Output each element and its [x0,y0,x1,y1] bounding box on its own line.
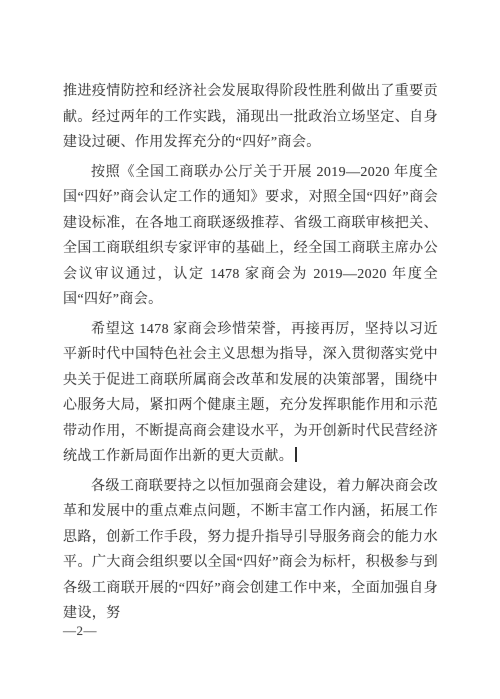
paragraph-text: 推进疫情防控和经济社会发展取得阶段性胜利做出了重要贡献。经过两年的工作实践，涌现… [63,84,438,150]
paragraph[interactable]: 推进疫情防控和经济社会发展取得阶段性胜利做出了重要贡献。经过两年的工作实践，涌现… [63,79,438,156]
document-page: { "document": { "paragraphs": [ { "text"… [0,0,500,699]
paragraph-text: 希望这 1478 家商会珍惜荣誉，再接再厉，坚持以习近平新时代中国特色社会主义思… [63,322,438,465]
paragraph[interactable]: 希望这 1478 家商会珍惜荣誉，再接再厉，坚持以习近平新时代中国特色社会主义思… [63,317,438,470]
paragraph[interactable]: 各级工商联要持之以恒加强商会建设，着力解决商会改革和发展中的重点难点问题，不断丰… [63,474,438,627]
page-number: —2— [63,623,97,639]
text-cursor [295,447,297,462]
paragraph-text: 各级工商联要持之以恒加强商会建设，着力解决商会改革和发展中的重点难点问题，不断丰… [63,479,438,622]
text-body[interactable]: 推进疫情防控和经济社会发展取得阶段性胜利做出了重要贡献。经过两年的工作实践，涌现… [63,79,438,631]
paragraph[interactable]: 按照《全国工商联办公厅关于开展 2019—2020 年度全国“四好”商会认定工作… [63,160,438,313]
page: 推进疫情防控和经济社会发展取得阶段性胜利做出了重要贡献。经过两年的工作实践，涌现… [0,0,500,699]
paragraph-text: 按照《全国工商联办公厅关于开展 2019—2020 年度全国“四好”商会认定工作… [63,165,438,308]
